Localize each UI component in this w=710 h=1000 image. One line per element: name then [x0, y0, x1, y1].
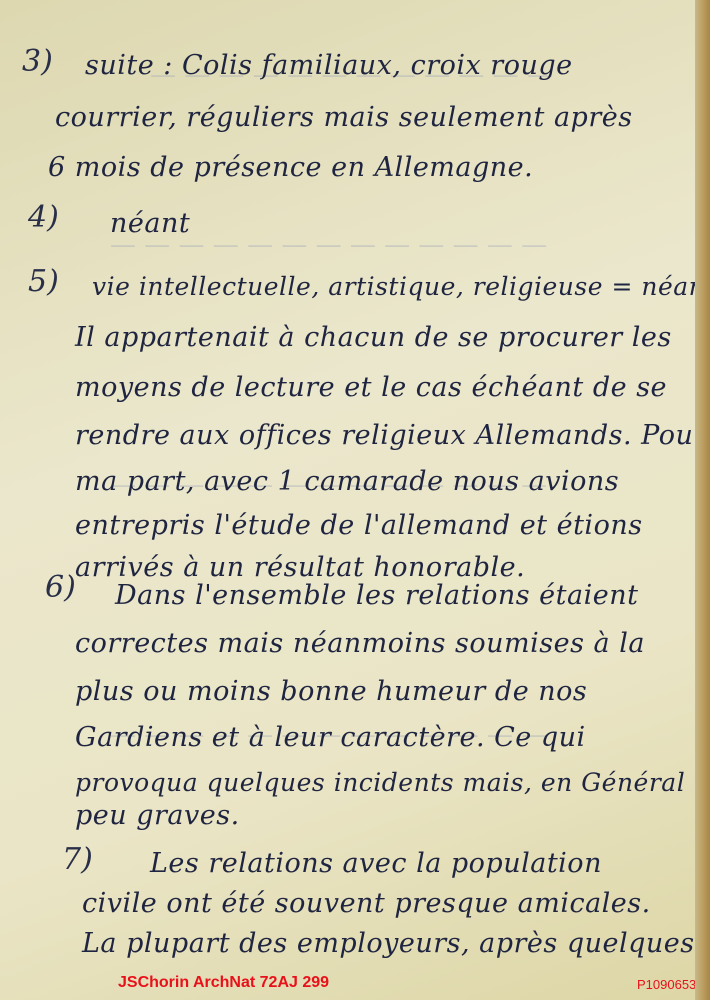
text-line: 6 mois de présence en Allemagne.	[48, 152, 533, 183]
manuscript-page: — — — — — — — — — — — — — — — — — — — — …	[0, 0, 695, 1000]
text-line: moyens de lecture et le cas échéant de s…	[75, 372, 667, 403]
photo-id-watermark: P1090653	[637, 977, 696, 992]
text-line: ma part, avec 1 camarade nous avions	[75, 466, 619, 497]
item-number-4: 4)	[28, 200, 59, 235]
text-line: Gardiens et à leur caractère. Ce qui	[75, 722, 586, 753]
item-number-3: 3)	[22, 44, 53, 79]
text-line: Dans l'ensemble les relations étaient	[115, 580, 638, 611]
text-line: néant	[110, 208, 190, 239]
text-line: rendre aux offices religieux Allemands. …	[75, 420, 707, 451]
item-number-6: 6)	[45, 570, 76, 605]
text-line: La plupart des employeurs, après quelque…	[82, 928, 695, 959]
text-line: suite : Colis familiaux, croix rouge	[85, 50, 573, 81]
text-line: arrivés à un résultat honorable.	[75, 552, 525, 583]
page-edge	[695, 0, 710, 1000]
text-line: courrier, réguliers mais seulement après	[55, 102, 633, 133]
text-line: peu graves.	[75, 800, 240, 831]
text-line: entrepris l'étude de l'allemand et étion…	[75, 510, 643, 541]
archive-reference-watermark: JSChorin ArchNat 72AJ 299	[118, 974, 329, 992]
text-line: Il appartenait à chacun de se procurer l…	[75, 322, 672, 353]
text-line: correctes mais néanmoins soumises à la	[75, 628, 645, 659]
text-line: Les relations avec la population	[150, 848, 602, 879]
item-number-7: 7)	[62, 842, 93, 877]
text-line: provoqua quelques incidents mais, en Gén…	[75, 768, 685, 797]
text-line: plus ou moins bonne humeur de nos	[75, 676, 587, 707]
text-line: civile ont été souvent presque amicales.	[82, 888, 651, 919]
text-line: vie intellectuelle, artistique, religieu…	[92, 272, 710, 301]
item-number-5: 5)	[28, 264, 59, 299]
